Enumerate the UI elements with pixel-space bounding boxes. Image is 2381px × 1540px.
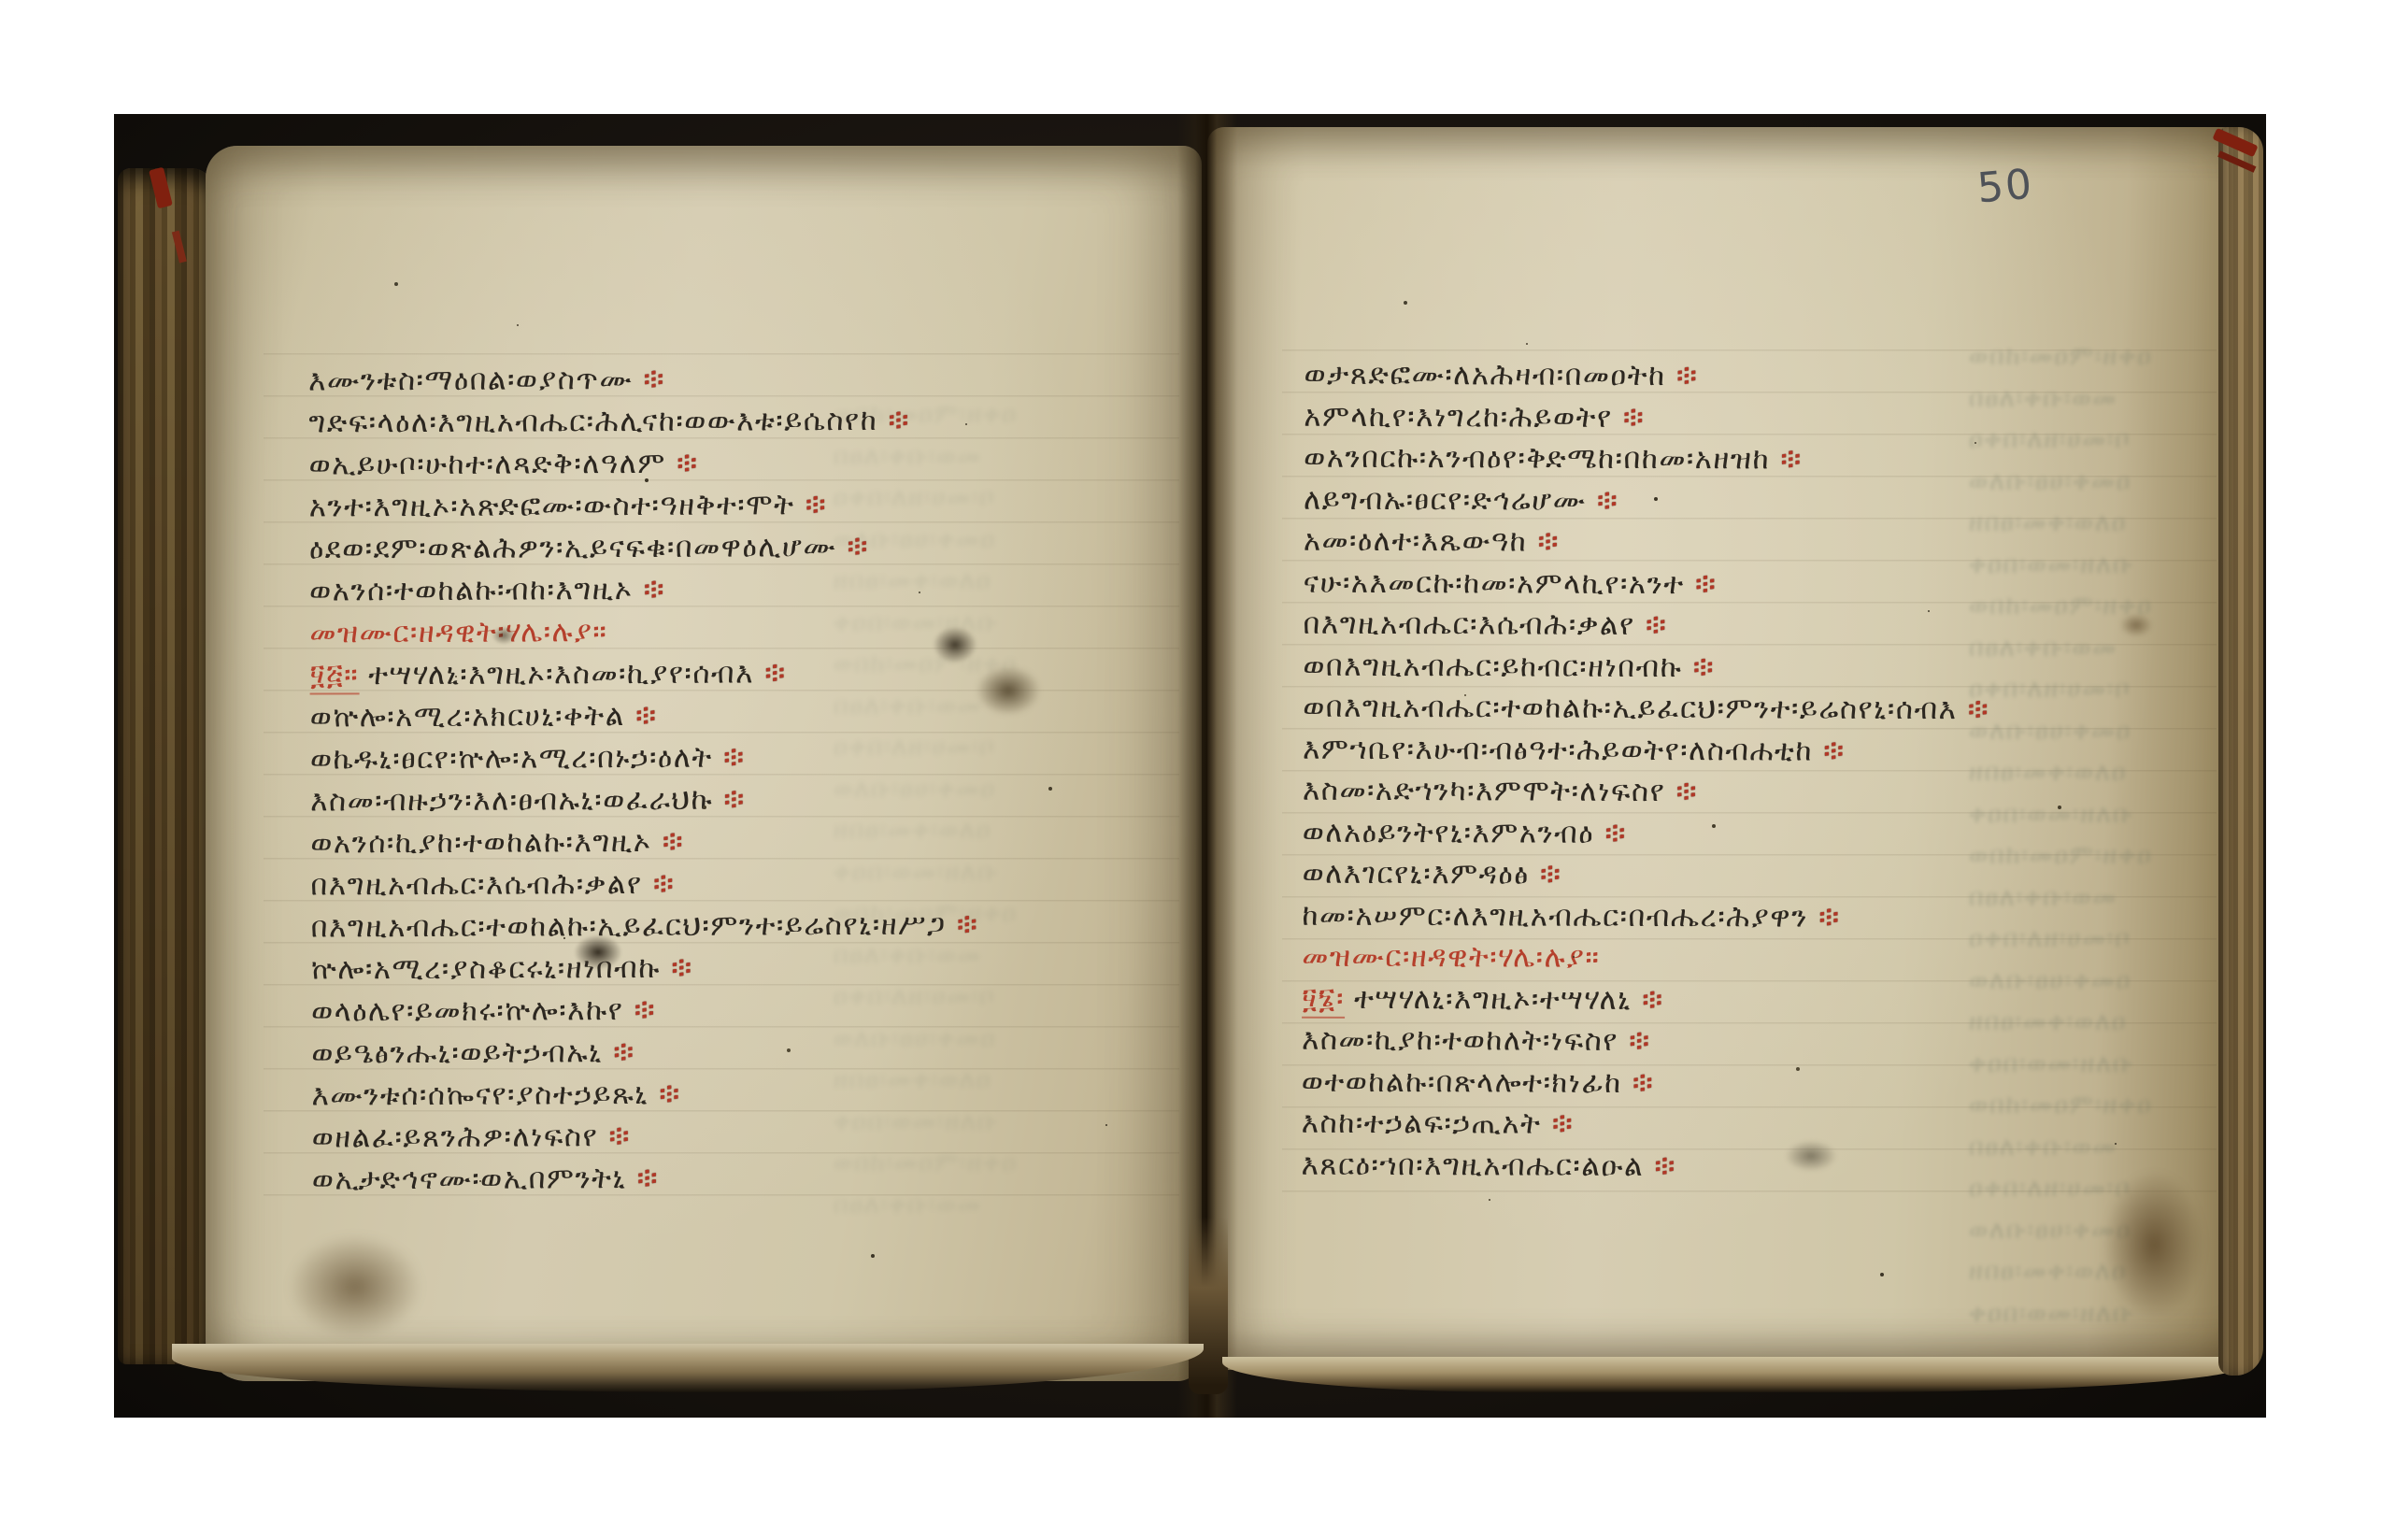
text-line: በእግዚአብሔር፡እሴብሕ፡ቃልየ ፨ — [310, 862, 978, 906]
section-separator-mark: ፨ — [877, 404, 910, 437]
text-line: ናሁ፡አእመርኩ፡ከመ፡አምላኪየ፡አንተ ፨ — [1304, 562, 1990, 606]
text-line: ግድፍ፡ላዕለ፡እግዚአብሔር፡ሕሊናከ፡ወውእቱ፡ይሴስየከ ፨ — [308, 399, 977, 444]
line-text: ተሣሃለኒ፡እግዚኦ፡እስመ፡ኪያየ፡ሰብእ — [368, 656, 754, 692]
specks — [394, 282, 398, 286]
section-separator-mark: ፨ — [1618, 1024, 1651, 1058]
line-text: ወአንሰ፡ኪያከ፡ተወከልኩ፡እግዚኦ — [310, 825, 651, 861]
line-text: ዕደወ፡ደም፡ወጽልሕዎን፡ኢይናፍቁ፡በመዋዕሊሆሙ — [309, 530, 836, 565]
text-line: በእግዚአብሔር፡እሴብሕ፡ቃልየ ፨ — [1303, 604, 1989, 648]
section-separator-mark: ፨ — [643, 867, 676, 901]
line-text: ከመ፡አሠምር፡ለእግዚአብሔር፡በብሔረ፡ሕያዋን — [1302, 898, 1808, 934]
section-separator-mark: ፨ — [836, 530, 869, 563]
gutter-foot-shadow — [1189, 1217, 1228, 1394]
text-line: ወተወከልኩ፡በጽላሎተ፡ክነፊከ ፨ — [1302, 1061, 1989, 1105]
right-page-edge-stack — [2218, 127, 2263, 1376]
line-text: መዝሙር፡ዘዳዊት፡ሃሌ፡ሉያ። — [1302, 940, 1600, 975]
section-separator-mark: ፨ — [651, 825, 684, 859]
text-line: ኵሎ፡አሚረ፡ያስቆርሩኒ፡ዘነበብኩ ፨ — [311, 946, 979, 991]
text-line: ወአንበርኩ፡አንብዕየ፡ቅድሜከ፡በከመ፡አዘዝከ ፨ — [1304, 437, 1990, 481]
line-text: እስከ፡ተኃልፍ፡ኃጢአት — [1302, 1106, 1542, 1141]
line-text: ግድፍ፡ላዕለ፡እግዚአብሔር፡ሕሊናከ፡ወውእቱ፡ይሴስየከ — [308, 404, 877, 440]
text-line: እስመ፡ኪያከ፡ተወከለት፡ነፍስየ ፨ — [1302, 1020, 1989, 1063]
section-separator-mark: ፨ — [603, 1035, 635, 1069]
text-line: እሙንቱሰ፡ሰኰናየ፡ያስተኃይጹኒ ፨ — [311, 1072, 979, 1117]
text-line: እሙንቱስ፡ማዕበል፡ወያስጥሙ ፨ — [308, 357, 977, 402]
specks — [1404, 301, 1407, 305]
line-text: ለይግብኡ፡ፀርየ፡ድኅሬሆሙ — [1304, 482, 1587, 517]
text-line: እምኀቤየ፡እሁብ፡ብፅዓተ፡ሕይወትየ፡ለስብሐቲከ ፨ — [1303, 728, 1989, 772]
text-line: እጸርዕ፡ኀበ፡እግዚአብሔር፡ልዑል ፨ — [1301, 1144, 1988, 1188]
section-separator-mark: ፨ — [1594, 816, 1627, 849]
line-text: ወለእገርየኒ፡እምዳዕፅ — [1303, 857, 1530, 891]
manuscript-scan: ወበከ፡መዐም፡ዘቀዐበፀለ፡ቀቡ፡ወመዐቀበ፡ለዘ፡ሀመ፡ቦወለቡ፡ፀሀ፡ቀመ… — [0, 0, 2381, 1540]
text-line: ወኢታድኅኖሙ፡ወኢበምንትኒ ፨ — [312, 1156, 980, 1201]
text-line: ወለእገርየኒ፡እምዳዕፅ ፨ — [1303, 853, 1989, 897]
section-separator-mark: ፨ — [1527, 525, 1560, 559]
section-separator-mark: ፨ — [1622, 1065, 1655, 1099]
section-separator-mark: ፨ — [1635, 608, 1668, 642]
text-line: እስመ፡ብዙኃን፡እለ፡ፀብኡኒ፡ወፈራህኩ ፨ — [310, 777, 978, 822]
rubric-line: መዝሙር፡ዘዳዊት፡ሃሌ፡ሉያ። — [1302, 936, 1989, 980]
line-text: ተሣሃለኒ፡እግዚኦ፡ተሣሃለኒ — [1354, 981, 1632, 1016]
text-line: ወኢይሁቦ፡ሁከተ፡ለጻድቅ፡ለዓለም ፨ — [308, 441, 977, 486]
line-text: አመ፡ዕለተ፡እጼውዓከ — [1304, 524, 1528, 559]
text-line: ፶፭።ተሣሃለኒ፡እግዚኦ፡እስመ፡ኪያየ፡ሰብእ ፨ — [309, 651, 977, 696]
section-separator-mark: ፨ — [1770, 442, 1803, 476]
line-text: ወበእግዚአብሔር፡ተወከልኩ፡ኢይፈርህ፡ምንተ፡ይሬስየኒ፡ሰብእ — [1303, 691, 1957, 726]
section-separator-mark: ፨ — [1530, 858, 1562, 891]
text-line: እስመ፡አድኀንካ፡እምሞት፡ለነፍስየ ፨ — [1303, 770, 1989, 814]
line-text: እስመ፡አድኀንካ፡እምሞት፡ለነፍስየ — [1303, 774, 1665, 808]
line-text: አንተ፡እግዚኦ፡አጽድፎሙ፡ውስተ፡ዓዘቅተ፡ሞት — [309, 488, 795, 523]
line-text: ናሁ፡አእመርኩ፡ከመ፡አምላኪየ፡አንተ — [1304, 565, 1685, 600]
text-line: ወኬዱኒ፡ፀርየ፡ኵሎ፡አሚረ፡በኑኃ፡ዕለት ፨ — [310, 735, 978, 780]
section-separator-mark: ፨ — [794, 488, 827, 521]
text-line: ወለአዕይንትየኒ፡እምአንብዕ ፨ — [1303, 811, 1989, 855]
section-separator-mark: ፨ — [713, 741, 746, 775]
line-text: ወላዕሌየ፡ይመክሩ፡ኵሎ፡እኩየ — [311, 993, 623, 1028]
section-separator-mark: ፨ — [1685, 567, 1718, 601]
line-text: እሙንቱሰ፡ሰኰናየ፡ያስተኃይጹኒ — [311, 1077, 649, 1113]
line-text: እስመ፡ብዙኃን፡እለ፡ፀብኡኒ፡ወፈራህኩ — [310, 783, 713, 819]
left-page-edge-stack — [118, 168, 215, 1364]
line-text: በእግዚአብሔር፡ተወከልኩ፡ኢይፈርህ፡ምንተ፡ይሬስየኒ፡ዘሥጋ — [311, 908, 947, 945]
line-text: ወበእግዚአብሔር፡ይከብር፡ዘነበብኩ — [1303, 649, 1682, 683]
line-text: ወኢታድኅኖሙ፡ወኢበምንትኒ — [312, 1162, 627, 1196]
page-number: 50 — [1975, 160, 2035, 212]
section-separator-mark: ፨ — [754, 656, 787, 690]
text-line: ከመ፡አሠምር፡ለእግዚአብሔር፡በብሔረ፡ሕያዋን ፨ — [1302, 894, 1989, 938]
line-text: ወአንሰ፡ተወከልኩ፡ብከ፡እግዚኦ — [309, 573, 633, 608]
text-line: ፶፮፡ተሣሃለኒ፡እግዚኦ፡ተሣሃለኒ ፨ — [1302, 977, 1989, 1021]
psalm-number: ፶፭። — [309, 658, 359, 694]
text-line: ወበእግዚአብሔር፡ተወከልኩ፡ኢይፈርህ፡ምንተ፡ይሬስየኒ፡ሰብእ ፨ — [1303, 687, 1989, 731]
line-text: ወተወከልኩ፡በጽላሎተ፡ክነፊከ — [1302, 1064, 1622, 1099]
photo-backdrop: ወበከ፡መዐም፡ዘቀዐበፀለ፡ቀቡ፡ወመዐቀበ፡ለዘ፡ሀመ፡ቦወለቡ፡ፀሀ፡ቀመ… — [114, 114, 2266, 1418]
left-page-bottom-edge — [172, 1344, 1204, 1392]
line-text: እሙንቱስ፡ማዕበል፡ወያስጥሙ — [308, 363, 633, 398]
section-separator-mark: ፨ — [713, 783, 746, 817]
line-text: ወኢይሁቦ፡ሁከተ፡ለጻድቅ፡ለዓለም — [308, 447, 665, 482]
text-line: በእግዚአብሔር፡ተወከልኩ፡ኢይፈርህ፡ምንተ፡ይሬስየኒ፡ዘሥጋ ፨ — [311, 904, 979, 948]
section-separator-mark: ፨ — [661, 951, 693, 985]
section-separator-mark: ፨ — [1587, 483, 1619, 517]
section-separator-mark: ፨ — [1613, 400, 1646, 434]
text-line: ወበእግዚአብሔር፡ይከብር፡ዘነበብኩ ፨ — [1303, 645, 1989, 689]
section-separator-mark: ፨ — [623, 993, 656, 1027]
text-line: ወይዔፅንሑኒ፡ወይትኃብኡኒ ፨ — [311, 1030, 979, 1075]
line-text: ወኬዱኒ፡ፀርየ፡ኵሎ፡አሚረ፡በኑኃ፡ዕለት — [310, 741, 713, 777]
section-separator-mark: ፨ — [625, 699, 658, 733]
line-text: ወዘልፈ፡ይጸንሕዎ፡ለነፍስየ — [312, 1119, 599, 1154]
line-text: ወለአዕይንትየኒ፡እምአንብዕ — [1303, 815, 1595, 849]
text-line: አመ፡ዕለተ፡እጼውዓከ ፨ — [1304, 520, 1990, 564]
section-separator-mark: ፨ — [1957, 692, 1989, 726]
text-line: ለይግብኡ፡ፀርየ፡ድኅሬሆሙ ፨ — [1304, 478, 1990, 522]
section-separator-mark: ፨ — [1644, 1148, 1676, 1182]
text-line: እስከ፡ተኃልፍ፡ኃጢአት ፨ — [1302, 1103, 1989, 1147]
text-line: ወላዕሌየ፡ይመክሩ፡ኵሎ፡እኩየ ፨ — [311, 988, 979, 1033]
section-separator-mark: ፨ — [1682, 650, 1715, 684]
left-page-text-column: እሙንቱስ፡ማዕበል፡ወያስጥሙ ፨ግድፍ፡ላዕለ፡እግዚአብሔር፡ሕሊናከ፡ወ… — [308, 357, 979, 1201]
right-page-text-column: ወታጸድፎሙ፡ለአሕዛብ፡በመዐትከ ፨አምላኪየ፡እነግረከ፡ሕይወትየ ፨ወ… — [1301, 354, 1990, 1189]
section-separator-mark: ፨ — [633, 573, 665, 606]
text-line: ወአንሰ፡ኪያከ፡ተወከልኩ፡እግዚኦ ፨ — [310, 820, 978, 864]
psalm-number: ፶፮፡ — [1302, 981, 1345, 1018]
section-separator-mark: ፨ — [1665, 775, 1698, 808]
text-line: ወአንሰ፡ተወከልኩ፡ብከ፡እግዚኦ ፨ — [309, 567, 977, 612]
section-separator-mark: ፨ — [626, 1162, 659, 1195]
right-page-bottom-edge — [1222, 1357, 2248, 1392]
section-separator-mark: ፨ — [633, 363, 665, 396]
text-line: ወታጸድፎሙ፡ለአሕዛብ፡በመዐትከ ፨ — [1304, 354, 1990, 398]
line-text: እስመ፡ኪያከ፡ተወከለት፡ነፍስየ — [1302, 1023, 1618, 1058]
text-line: አምላኪየ፡እነግረከ፡ሕይወትየ ፨ — [1304, 395, 1990, 439]
line-text: መዝሙር፡ዘዳዊት፡ሃሌ፡ሉያ። — [309, 615, 607, 649]
line-text: እምኀቤየ፡እሁብ፡ብፅዓተ፡ሕይወትየ፡ለስብሐቲከ — [1303, 732, 1813, 767]
section-separator-mark: ፨ — [598, 1119, 631, 1153]
section-separator-mark: ፨ — [947, 907, 979, 941]
section-separator-mark: ፨ — [1808, 900, 1841, 934]
line-text: ኵሎ፡አሚረ፡ያስቆርሩኒ፡ዘነበብኩ — [311, 951, 661, 987]
text-line: ወዘልፈ፡ይጸንሕዎ፡ለነፍስየ ፨ — [312, 1114, 980, 1159]
line-text: ወይዔፅንሑኒ፡ወይትኃብኡኒ — [311, 1035, 603, 1070]
line-text: በእግዚአብሔር፡እሴብሕ፡ቃልየ — [310, 867, 642, 903]
line-text: በእግዚአብሔር፡እሴብሕ፡ቃልየ — [1303, 607, 1634, 642]
text-line: ወኵሎ፡አሚረ፡አክርሀኒ፡ቀትል ፨ — [310, 693, 978, 738]
section-separator-mark: ፨ — [666, 447, 699, 480]
section-separator-mark: ፨ — [1666, 359, 1699, 392]
text-line: ዕደወ፡ደም፡ወጽልሕዎን፡ኢይናፍቁ፡በመዋዕሊሆሙ ፨ — [309, 525, 977, 570]
line-text: ወአንበርኩ፡አንብዕየ፡ቅድሜከ፡በከመ፡አዘዝከ — [1304, 441, 1770, 477]
section-separator-mark: ፨ — [649, 1077, 681, 1111]
section-separator-mark: ፨ — [1632, 982, 1664, 1016]
line-text: አምላኪየ፡እነግረከ፡ሕይወትየ — [1304, 399, 1612, 434]
section-separator-mark: ፨ — [1541, 1107, 1574, 1141]
rubric-line: መዝሙር፡ዘዳዊት፡ሃሌ፡ሉያ። — [309, 609, 977, 654]
line-text: ወኵሎ፡አሚረ፡አክርሀኒ፡ቀትል — [310, 699, 625, 734]
section-separator-mark: ፨ — [1813, 734, 1846, 767]
line-text: ወታጸድፎሙ፡ለአሕዛብ፡በመዐትከ — [1304, 358, 1665, 392]
line-text: እጸርዕ፡ኀበ፡እግዚአብሔር፡ልዑል — [1301, 1148, 1644, 1182]
text-line: አንተ፡እግዚኦ፡አጽድፎሙ፡ውስተ፡ዓዘቅተ፡ሞት ፨ — [309, 483, 977, 528]
